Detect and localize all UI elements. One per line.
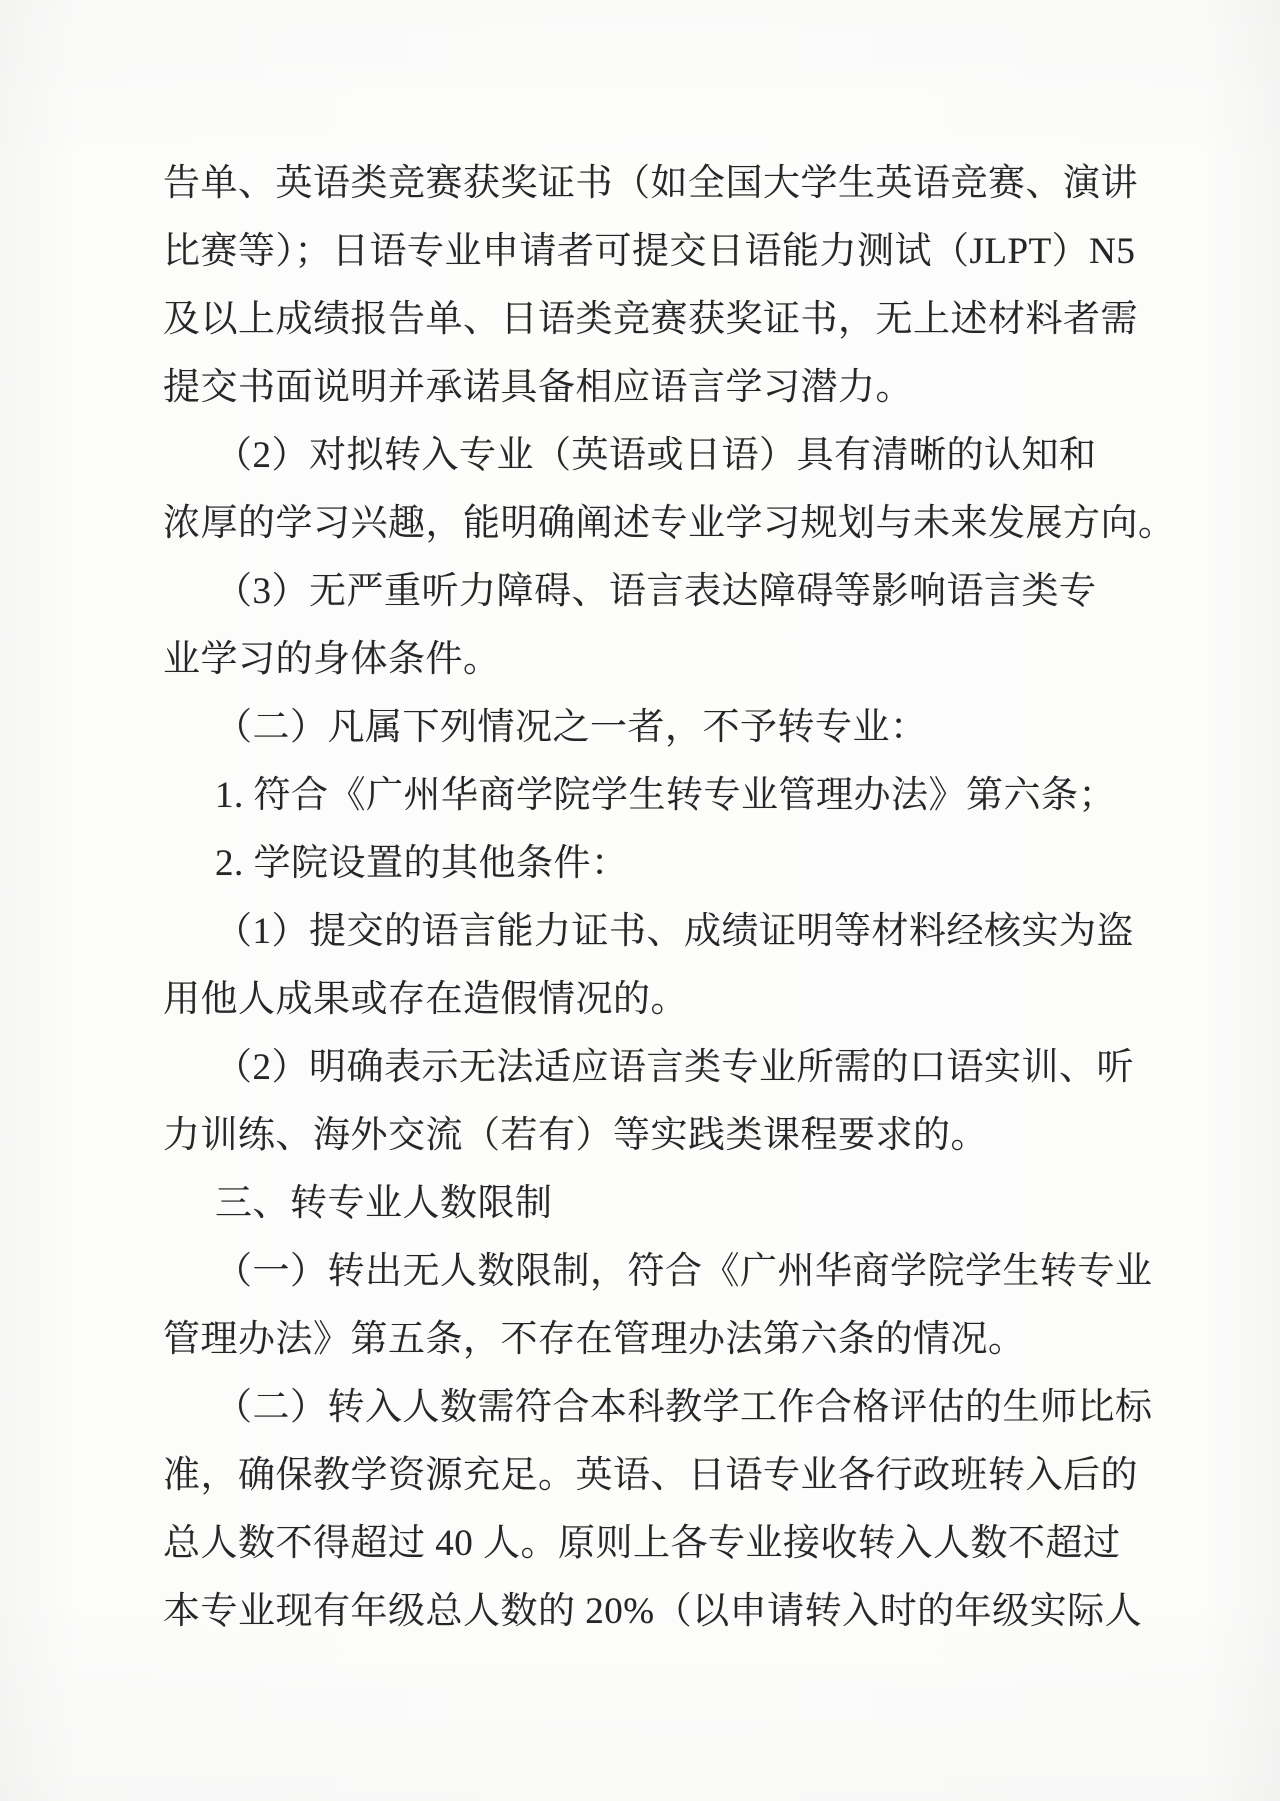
text-line: （1）提交的语言能力证书、成绩证明等材料经核实为盗	[163, 898, 1163, 966]
text-line: （3）无严重听力障碍、语言表达障碍等影响语言类专	[163, 558, 1163, 626]
text-line: 告单、英语类竞赛获奖证书（如全国大学生英语竞赛、演讲	[163, 150, 1163, 218]
text-line: 提交书面说明并承诺具备相应语言学习潜力。	[163, 354, 1163, 422]
text-line: 1. 符合《广州华商学院学生转专业管理办法》第六条；	[163, 762, 1163, 830]
text-line: 三、转专业人数限制	[163, 1170, 1163, 1238]
text-line: （二）凡属下列情况之一者，不予转专业：	[163, 694, 1163, 762]
text-line: （二）转入人数需符合本科教学工作合格评估的生师比标	[163, 1374, 1163, 1442]
text-line: 力训练、海外交流（若有）等实践类课程要求的。	[163, 1102, 1163, 1170]
text-line: 总人数不得超过 40 人。原则上各专业接收转入人数不超过	[163, 1510, 1163, 1578]
text-line: （2）对拟转入专业（英语或日语）具有清晰的认知和	[163, 422, 1163, 490]
text-line: 2. 学院设置的其他条件：	[163, 830, 1163, 898]
text-line: 业学习的身体条件。	[163, 626, 1163, 694]
scanned-document-page: 告单、英语类竞赛获奖证书（如全国大学生英语竞赛、演讲比赛等）；日语专业申请者可提…	[0, 0, 1280, 1801]
text-line: 准，确保教学资源充足。英语、日语专业各行政班转入后的	[163, 1442, 1163, 1510]
text-line: 本专业现有年级总人数的 20%（以申请转入时的年级实际人	[163, 1578, 1163, 1646]
document-text-block: 告单、英语类竞赛获奖证书（如全国大学生英语竞赛、演讲比赛等）；日语专业申请者可提…	[163, 150, 1163, 1646]
text-line: 管理办法》第五条，不存在管理办法第六条的情况。	[163, 1306, 1163, 1374]
text-line: 用他人成果或存在造假情况的。	[163, 966, 1163, 1034]
text-line: （一）转出无人数限制，符合《广州华商学院学生转专业	[163, 1238, 1163, 1306]
text-line: 比赛等）；日语专业申请者可提交日语能力测试（JLPT）N5	[163, 218, 1163, 286]
text-line: 及以上成绩报告单、日语类竞赛获奖证书，无上述材料者需	[163, 286, 1163, 354]
text-line: 浓厚的学习兴趣，能明确阐述专业学习规划与未来发展方向。	[163, 490, 1163, 558]
text-line: （2）明确表示无法适应语言类专业所需的口语实训、听	[163, 1034, 1163, 1102]
